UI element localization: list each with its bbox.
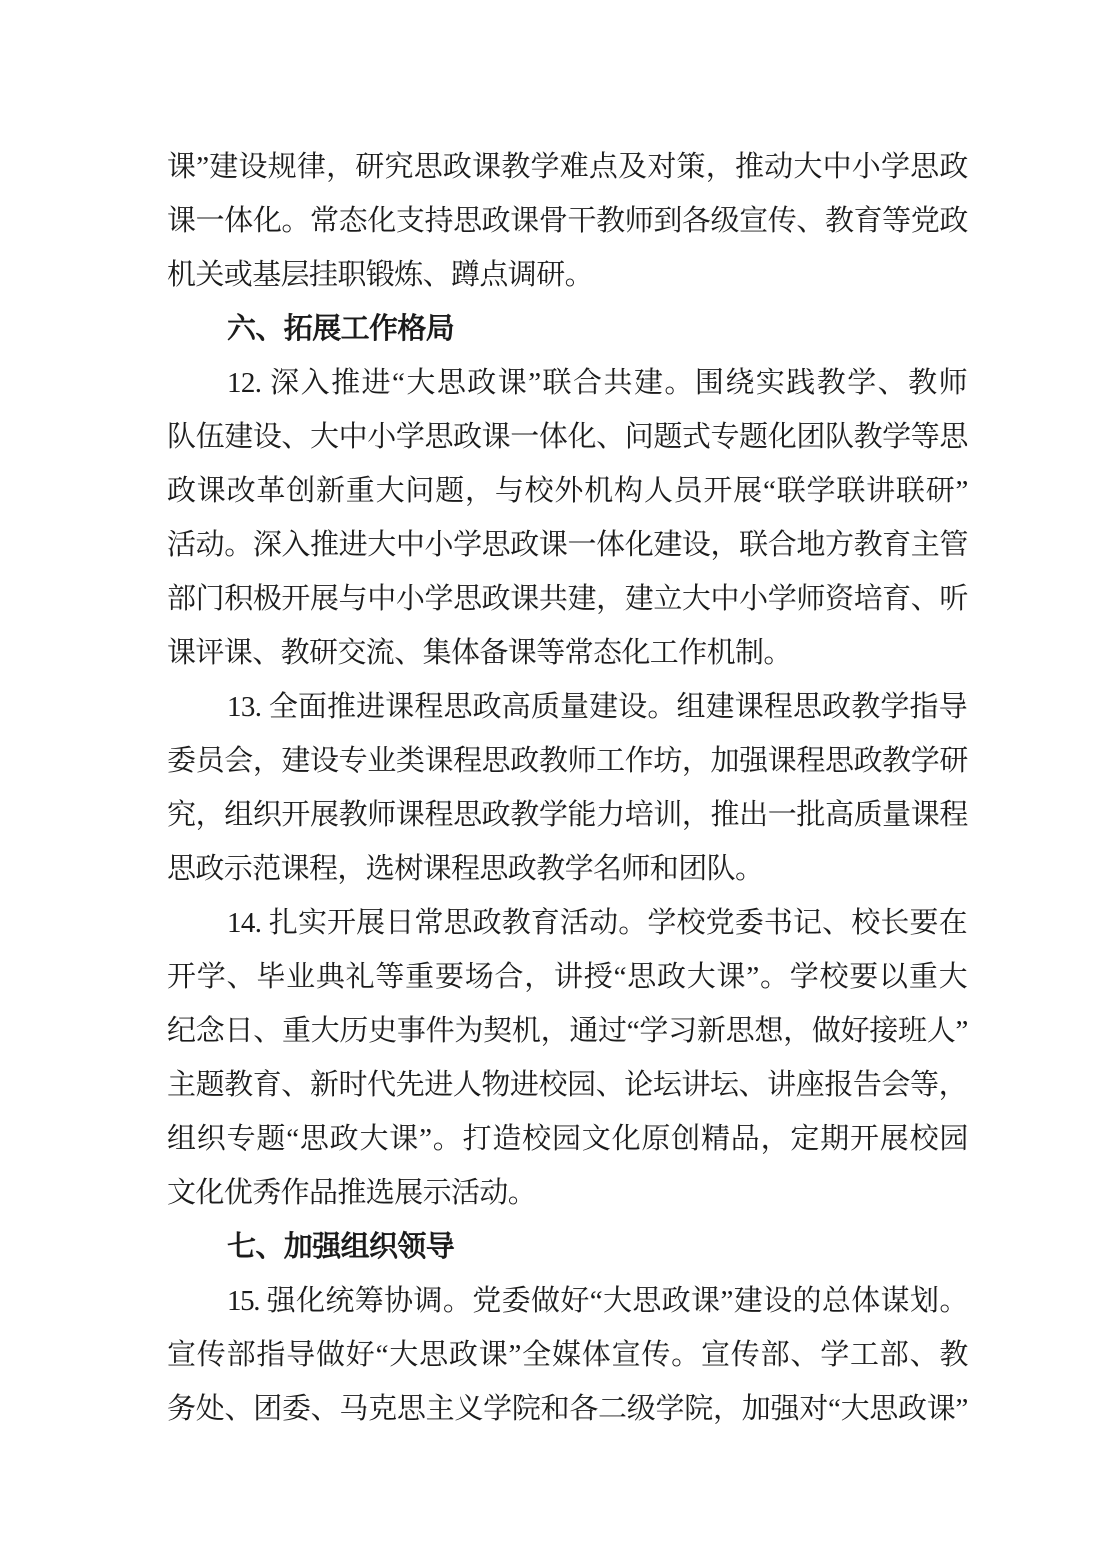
- paragraph-line: 开学、毕业典礼等重要场合，讲授“思政大课”。学校要以重大: [167, 950, 967, 1004]
- section-heading-7: 七、加强组织领导: [167, 1220, 967, 1274]
- paragraph-line: 机关或基层挂职锻炼、蹲点调研。: [167, 248, 967, 302]
- paragraph-line: 部门积极开展与中小学思政课共建，建立大中小学师资培育、听: [167, 572, 967, 626]
- paragraph-line: 14. 扎实开展日常思政教育活动。学校党委书记、校长要在: [167, 896, 967, 950]
- paragraph-line: 组织专题“思政大课”。打造校园文化原创精品，定期开展校园: [167, 1112, 967, 1166]
- paragraph-line: 纪念日、重大历史事件为契机，通过“学习新思想，做好接班人”: [167, 1004, 967, 1058]
- paragraph-line: 务处、团委、马克思主义学院和各二级学院，加强对“大思政课”: [167, 1382, 967, 1436]
- section-heading-6: 六、拓展工作格局: [167, 302, 967, 356]
- paragraph-line: 委员会，建设专业类课程思政教师工作坊，加强课程思政教学研: [167, 734, 967, 788]
- paragraph-line: 12. 深入推进“大思政课”联合共建。围绕实践教学、教师: [167, 356, 967, 410]
- paragraph-line: 13. 全面推进课程思政高质量建设。组建课程思政教学指导: [167, 680, 967, 734]
- paragraph-line: 队伍建设、大中小学思政课一体化、问题式专题化团队教学等思: [167, 410, 967, 464]
- paragraph-line: 究，组织开展教师课程思政教学能力培训，推出一批高质量课程: [167, 788, 967, 842]
- document-content: 课”建设规律，研究思政课教学难点及对策，推动大中小学思政 课一体化。常态化支持思…: [167, 140, 967, 1436]
- paragraph-line: 宣传部指导做好“大思政课”全媒体宣传。宣传部、学工部、教: [167, 1328, 967, 1382]
- paragraph-line: 课一体化。常态化支持思政课骨干教师到各级宣传、教育等党政: [167, 194, 967, 248]
- paragraph-line: 政课改革创新重大问题，与校外机构人员开展“联学联讲联研”: [167, 464, 967, 518]
- paragraph-line: 课”建设规律，研究思政课教学难点及对策，推动大中小学思政: [167, 140, 967, 194]
- paragraph-line: 思政示范课程，选树课程思政教学名师和团队。: [167, 842, 967, 896]
- document-page: 课”建设规律，研究思政课教学难点及对策，推动大中小学思政 课一体化。常态化支持思…: [0, 0, 1106, 1565]
- paragraph-line: 活动。深入推进大中小学思政课一体化建设，联合地方教育主管: [167, 518, 967, 572]
- paragraph-line: 课评课、教研交流、集体备课等常态化工作机制。: [167, 626, 967, 680]
- paragraph-line: 15. 强化统筹协调。党委做好“大思政课”建设的总体谋划。: [167, 1274, 967, 1328]
- paragraph-line: 主题教育、新时代先进人物进校园、论坛讲坛、讲座报告会等，: [167, 1058, 967, 1112]
- paragraph-line: 文化优秀作品推选展示活动。: [167, 1166, 967, 1220]
